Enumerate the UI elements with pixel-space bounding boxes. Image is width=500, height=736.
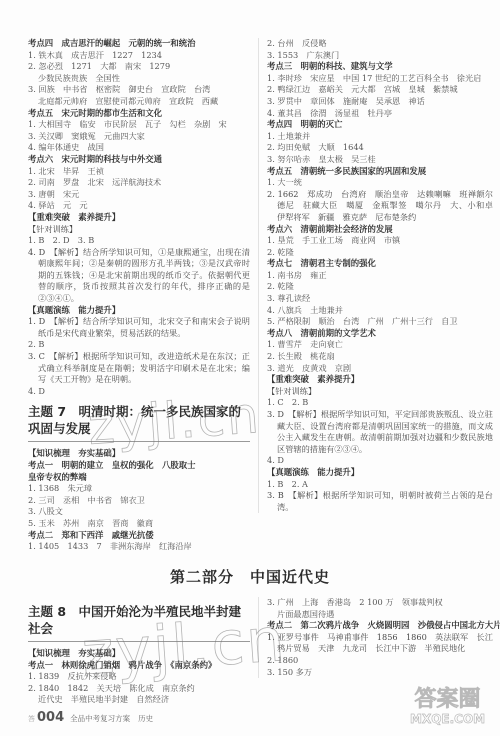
block-heading: 【重难突破 素养提升】 <box>267 374 493 386</box>
answer-line: 片面最惠国待遇 <box>267 609 493 621</box>
section-heading: 考点二 郑和下西洋 戚继光抗倭 <box>28 530 250 542</box>
answer-line: 3. C 【解析】根据所学知识可知，改进造纸术是在东汉；正式确立科举制度是在隋朝… <box>28 351 250 386</box>
answer-line: 2. 均田免赋 大顺 1644 <box>267 142 493 154</box>
answer-line: 2. 忽必烈 1271 大都 南宋 1279 <box>28 61 250 73</box>
right-column: 2. 台州 反侵略3. 1553 广东澳门考点三 明朝的科技、建筑与文学1. 李… <box>258 38 493 513</box>
watermark-mxqe-url: MXQE.COM <box>410 712 485 726</box>
answer-line: 近代史 半殖民地半封建 自然经济 <box>28 694 250 706</box>
watermark-mxqe: 答案圈 MXQE.COM <box>410 688 485 726</box>
answer-line: 3. 回族 中书省 枢密院 御史台 宣政院 台湾 <box>28 84 250 96</box>
section-heading: 考点四 成吉思汗的崛起 元朝的统一和统治 <box>28 38 250 50</box>
section-heading: 考点一 明朝的建立 皇权的强化 八股取士 <box>28 460 250 472</box>
answer-line: 3. 1553 广东澳门 <box>267 50 493 62</box>
section-heading: 考点五 宋元时期的都市生活和文化 <box>28 108 250 120</box>
answer-mark-icon: 答 <box>28 715 35 723</box>
answer-line: 1. B 2. A <box>267 479 493 491</box>
answer-line: 1. 垦荒 手工业工场 商业网 市镇 <box>267 235 493 247</box>
watermark-zyjl: zyjl.cn <box>86 386 262 456</box>
answer-line: 2. 1662 郑成功 台湾府 顺治皇帝 达赖喇嘛 班禅额尔德尼 驻藏大臣 噶厦… <box>267 189 493 224</box>
answer-line: 2. B <box>28 339 250 351</box>
answer-line: 3. 唐朝 宋元 <box>28 189 250 201</box>
answer-line: 1. 1368 朱元璋 <box>28 483 250 495</box>
answer-line: 4. 董其昌 徐渭 汤显祖 牡丹亭 <box>267 108 493 120</box>
part-banner: 第二部分 中国近代史 <box>0 566 500 587</box>
answer-line: 3. 关汉卿 窦娥冤 元曲四大家 <box>28 131 250 143</box>
answer-line: 1. 曹雪芹 走向衰亡 <box>267 339 493 351</box>
answer-line: 1. 大相国寺 临安 市民阶层 瓦子 勾栏 杂剧 宋 <box>28 119 250 131</box>
answer-line: 北庭都元帅府 宣慰使司都元帅府 宣政院 西藏 <box>28 96 250 108</box>
answer-line: 2. 乾隆 <box>267 281 493 293</box>
section-heading: 考点八 清朝前期的文学艺术 <box>267 328 493 340</box>
section-heading: 皇帝专权的弊端 <box>28 472 250 484</box>
watermark-mxqe-logo: 答案圈 <box>410 688 485 712</box>
answer-line: 1. 南书房 雍正 <box>267 270 493 282</box>
answer-line: 3. 八股文 <box>28 506 250 518</box>
block-heading: 【真题演练 能力提升】 <box>267 467 493 479</box>
answer-line: 3. 广州 上海 香港岛 2 100 万 领事裁判权 <box>267 597 493 609</box>
answer-line: 2. 鸭绿江边 嘉峪关 元大都 宫城 皇城 紫禁城 <box>267 84 493 96</box>
answer-line: 3. 罗贯中 章回体 施耐庵 吴承恩 神话 <box>267 96 493 108</box>
answer-line: 【针对训练】 <box>28 224 250 236</box>
right-column-part2: 3. 广州 上海 香港岛 2 100 万 领事裁判权片面最惠国待遇考点二 第二次… <box>258 597 493 678</box>
watermark-zyjl-2: zyjl.cn <box>80 605 289 689</box>
block-heading: 【重难突破 素养提升】 <box>28 212 250 224</box>
block-heading: 【真题演练 能力提升】 <box>28 305 250 317</box>
answer-line: 4. 八旗兵 土地兼并 <box>267 305 493 317</box>
page-footer: 答004全品中考复习方案历史 <box>28 710 153 725</box>
answer-line: 少数民族贵族 全国性 <box>28 73 250 85</box>
section-heading: 考点五 清朝统一多民族国家的巩固和发展 <box>267 166 493 178</box>
answer-line: 2. 司南 罗盘 北宋 远洋航海技术 <box>28 177 250 189</box>
answer-line: 【针对训练】 <box>267 386 493 398</box>
answer-line: 5. 严格限制 顺治 台湾 广州 广州十三行 自卫 <box>267 316 493 328</box>
answer-line: 3. 尊孔读经 <box>267 293 493 305</box>
answer-line: 1. D 【解析】结合所学知识可知，北宋交子和南宋会子说明纸币是宋代商业繁荣，贸… <box>28 316 250 339</box>
section-heading: 考点三 明朝的科技、建筑与文学 <box>267 61 493 73</box>
page-number: 004 <box>37 710 64 725</box>
answer-line: 2. 乾隆 <box>267 247 493 259</box>
answer-line: 1. 大一统 <box>267 177 493 189</box>
answer-line: 3. 150 多万 <box>267 667 493 679</box>
section-heading: 考点七 清朝君主专制的强化 <box>267 258 493 270</box>
left-column: 考点四 成吉思汗的崛起 元朝的统一和统治1. 铁木真 成吉思汗 1227 123… <box>28 38 250 553</box>
answer-line: 3. 道光 皮黄戏 京剧 <box>267 363 493 375</box>
answer-line: 3. D 【解析】根据所学知识可知，平定回部贵族叛乱、设立驻藏大臣、设置台湾府都… <box>267 409 493 455</box>
answer-line: 2. 台州 反侵略 <box>267 38 493 50</box>
answer-line: 1. 北宋 毕昇 王祯 <box>28 166 250 178</box>
book-title: 全品中考复习方案 <box>70 714 130 723</box>
answer-line: 4. D <box>267 455 493 467</box>
answer-line: 1. C 2. B <box>267 397 493 409</box>
answer-line: 1. B 2. D 3. B <box>28 235 250 247</box>
answer-line: 3. 努尔哈赤 皇太极 吴三桂 <box>267 154 493 166</box>
answer-line: 5. 玉米 苏州 南京 晋商 徽商 <box>28 518 250 530</box>
section-heading: 考点四 明朝的灭亡 <box>267 119 493 131</box>
answer-line: 4. D 【解析】结合所学知识可知，①是康熙通宝，出现在清朝康熙年间；②是秦朝的… <box>28 247 250 305</box>
answer-line: 4. 驿站 元 元 <box>28 200 250 212</box>
section-heading: 考点二 第二次鸦片战争 火烧圆明园 沙俄侵占中国北方大片领土 <box>267 620 493 632</box>
answer-line: 1. 1405 1433 7 非洲东海岸 红海沿岸 <box>28 541 250 553</box>
answer-line: 1. 李时珍 宋应星 中国 17 世纪的工艺百科全书 徐光启 <box>267 73 493 85</box>
answer-line: 2. 长生殿 桃花扇 <box>267 351 493 363</box>
answer-line: 3. B 【解析】根据所学知识可知，明朝时被荷兰占领的是台湾。 <box>267 490 493 513</box>
section-heading: 考点六 清朝前期社会经济的发展 <box>267 224 493 236</box>
answer-line: 1. 亚罗号事件 马神甫事件 1856 1860 英法联军 长江 鸦片贸易 天津… <box>267 632 493 655</box>
answer-line: 4. 编年体通史 战国 <box>28 142 250 154</box>
section-heading: 考点六 宋元时期的科技与中外交通 <box>28 154 250 166</box>
answer-line: 2. 1860 <box>267 655 493 667</box>
subject-label: 历史 <box>138 714 153 723</box>
answer-line: 1. 土地兼并 <box>267 131 493 143</box>
answer-line: 1. 铁木真 成吉思汗 1227 1234 <box>28 50 250 62</box>
answer-line: 2. 三司 丞相 中书省 锦衣卫 <box>28 495 250 507</box>
